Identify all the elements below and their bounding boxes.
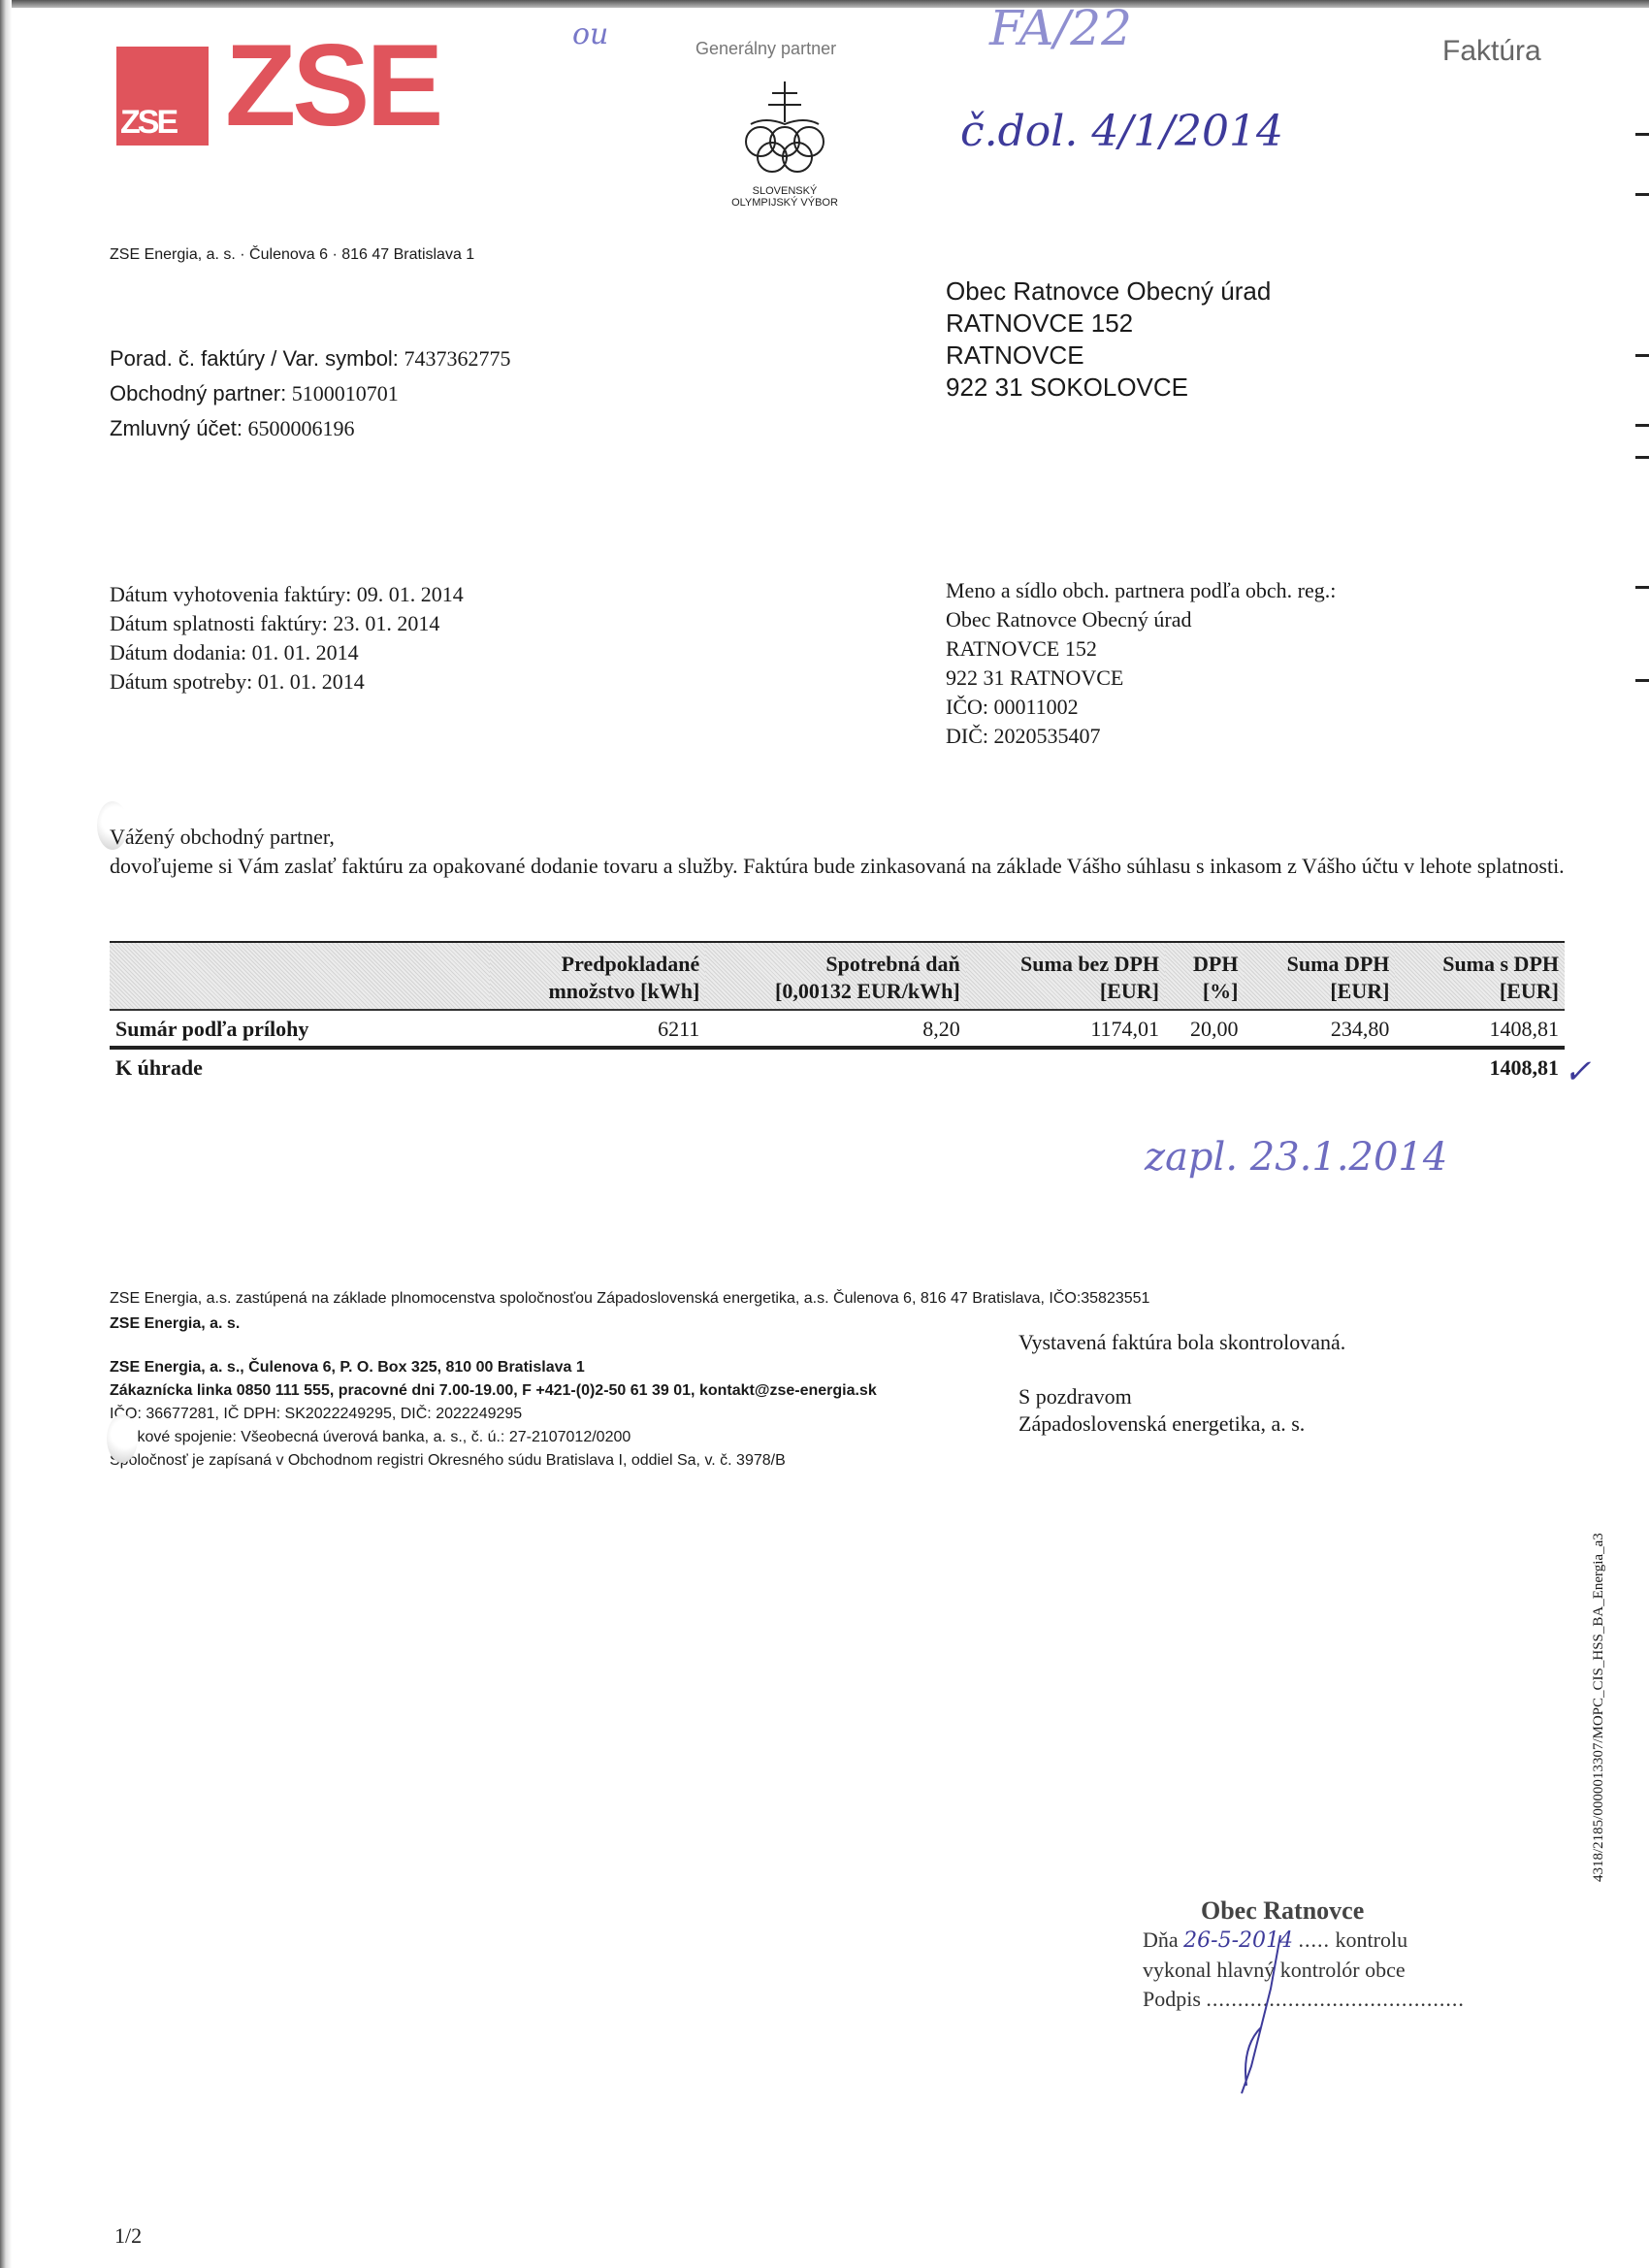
address-line: RATNOVCE	[946, 340, 1271, 372]
registered-partner-line: 922 31 RATNOVCE	[946, 664, 1336, 693]
scan-edge-top	[0, 0, 1649, 8]
checked-statement: Vystavená faktúra bola skontrolovaná.	[1018, 1329, 1345, 1356]
handwritten-reference: FA/22	[989, 0, 1132, 56]
footer-contact: ZSE Energia, a. s., Čulenova 6, P. O. Bo…	[110, 1356, 877, 1473]
invoice-summary-table: Predpokladanémnožstvo [kWh] Spotrebná da…	[110, 941, 1565, 1085]
registered-partner-line: DIČ: 2020535407	[946, 722, 1336, 751]
table-header-row: Predpokladanémnožstvo [kWh] Spotrebná da…	[110, 942, 1565, 1010]
legal-name: ZSE Energia, a. s.	[110, 1312, 1149, 1337]
logo-mark-text: ZSE	[120, 104, 176, 142]
column-header-excise: Spotrebná daň[0,00132 EUR/kWh]	[705, 942, 965, 1010]
column-header-sum-with-vat: Suma s DPH[EUR]	[1395, 942, 1565, 1010]
contact-address: ZSE Energia, a. s., Čulenova 6, P. O. Bo…	[110, 1356, 877, 1379]
stamp-after-date: kontrolu	[1336, 1928, 1408, 1952]
stamp-sign-label: Podpis	[1143, 1987, 1201, 2011]
regards: S pozdravom	[1018, 1383, 1345, 1410]
page-number: 1/2	[114, 2223, 142, 2249]
column-header	[110, 942, 490, 1010]
handwritten-check: ✓	[1564, 1053, 1592, 1091]
partner-number-label: Obchodný partner:	[110, 381, 286, 405]
contact-hotline: Zákaznícka linka 0850 111 555, pracovné …	[110, 1379, 877, 1403]
address-line: Obec Ratnovce Obecný úrad	[946, 275, 1271, 308]
registered-partner-line: RATNOVCE 152	[946, 634, 1336, 664]
handwritten-received-date: č.dol. 4/1/2014	[960, 107, 1283, 156]
cell-sum-with-vat: 1408,81	[1395, 1010, 1565, 1048]
column-header-vat-sum: Suma DPH[EUR]	[1244, 942, 1395, 1010]
delivery-date: Dátum dodania: 01. 01. 2014	[110, 638, 464, 667]
handwritten-mark: ou	[572, 17, 608, 51]
margin-mark	[1635, 586, 1649, 589]
control-stamp: Obec Ratnovce Dňa 26-5-2014 ..... kontro…	[1143, 1896, 1465, 2014]
recipient-address: Obec Ratnovce Obecný úrad RATNOVCE 152 R…	[946, 275, 1271, 404]
registered-partner-heading: Meno a sídlo obch. partnera podľa obch. …	[946, 576, 1336, 605]
stamp-title: Obec Ratnovce	[1143, 1896, 1465, 1926]
document-title: Faktúra	[1442, 35, 1541, 68]
partner-number-value: 5100010701	[292, 381, 399, 405]
table-row: Sumár podľa prílohy 6211 8,20 1174,01 20…	[110, 1010, 1565, 1048]
olympic-committee-name: SLOVENSKÝ OLYMPIJSKÝ VÝBOR	[731, 186, 838, 209]
footer-legal: ZSE Energia, a.s. zastúpená na základe p…	[110, 1286, 1149, 1337]
margin-mark	[1635, 424, 1649, 427]
total-row: K úhrade 1408,81	[110, 1048, 1565, 1085]
registered-partner: Meno a sídlo obch. partnera podľa obch. …	[946, 576, 1336, 751]
greeting: Vážený obchodný partner, dovoľujeme si V…	[110, 823, 1565, 881]
cell-quantity: 6211	[490, 1010, 705, 1048]
invoice-number-value: 7437362775	[404, 346, 510, 371]
scan-edge-left	[0, 0, 12, 2268]
contract-number-value: 6500006196	[247, 416, 354, 440]
greeting-body: dovoľujeme si Vám zaslať faktúru za opak…	[110, 852, 1565, 881]
stamp-date-label: Dňa	[1143, 1928, 1179, 1952]
contact-register: Spoločnosť je zapísaná v Obchodnom regis…	[110, 1449, 877, 1473]
salutation: Vážený obchodný partner,	[110, 823, 1565, 852]
consumption-date: Dátum spotreby: 01. 01. 2014	[110, 667, 464, 697]
closing: Vystavená faktúra bola skontrolovaná. S …	[1018, 1329, 1345, 1438]
column-header-quantity: Predpokladanémnožstvo [kWh]	[490, 942, 705, 1010]
signature-company: Západoslovenská energetika, a. s.	[1018, 1410, 1345, 1438]
total-label: K úhrade	[110, 1048, 490, 1085]
registered-partner-line: Obec Ratnovce Obecný úrad	[946, 605, 1336, 634]
zse-logo-mark: ZSE	[116, 47, 209, 146]
registered-partner-line: IČO: 00011002	[946, 693, 1336, 722]
cell-sum-without-vat: 1174,01	[966, 1010, 1165, 1048]
margin-mark	[1635, 679, 1649, 682]
punch-hole	[107, 1414, 138, 1463]
column-header-sum-without-vat: Suma bez DPH[EUR]	[966, 942, 1165, 1010]
general-partner-label: Generálny partner	[695, 39, 836, 59]
contact-ids: IČO: 36677281, IČ DPH: SK2022249295, DIČ…	[110, 1403, 877, 1426]
invoice-dates: Dátum vyhotovenia faktúry: 09. 01. 2014 …	[110, 580, 464, 697]
legal-representation: ZSE Energia, a.s. zastúpená na základe p…	[110, 1286, 1149, 1312]
contact-bank: Bankové spojenie: Všeobecná úverová bank…	[110, 1426, 877, 1449]
total-value: 1408,81	[1395, 1048, 1565, 1085]
stamp-date-line: Dňa 26-5-2014 ..... kontrolu	[1143, 1926, 1465, 1956]
invoice-number-label: Porad. č. faktúry / Var. symbol:	[110, 346, 399, 371]
row-label: Sumár podľa prílohy	[110, 1010, 490, 1048]
sender-address-line: ZSE Energia, a. s. · Čulenova 6 · 816 47…	[110, 246, 474, 264]
stamp-line2: vykonal hlavný kontrolór obce	[1143, 1956, 1465, 1985]
partner-number-row: Obchodný partner: 5100010701	[110, 376, 510, 411]
margin-mark	[1635, 133, 1649, 136]
column-header-vat-percent: DPH[%]	[1165, 942, 1244, 1010]
margin-mark	[1635, 456, 1649, 459]
margin-mark	[1635, 354, 1649, 357]
stamp-sign-line: Podpis .................................…	[1143, 1985, 1465, 2014]
handwritten-paid-date: zapl. 23.1.2014	[1145, 1135, 1447, 1180]
invoice-number-row: Porad. č. faktúry / Var. symbol: 7437362…	[110, 341, 510, 376]
cell-vat-sum: 234,80	[1244, 1010, 1395, 1048]
document-code: 4318/2185/0000013307/MOPC_CIS_HSS_BA_Ene…	[1591, 1494, 1607, 1882]
address-line: RATNOVCE 152	[946, 308, 1271, 340]
issue-date: Dátum vyhotovenia faktúry: 09. 01. 2014	[110, 580, 464, 609]
contract-number-row: Zmluvný účet: 6500006196	[110, 411, 510, 446]
address-line: 922 31 SOKOLOVCE	[946, 372, 1271, 404]
zse-logo-text: ZSE	[225, 27, 439, 144]
signature-scribble-icon	[1232, 1930, 1290, 2095]
due-date: Dátum splatnosti faktúry: 23. 01. 2014	[110, 609, 464, 638]
invoice-identifiers: Porad. č. faktúry / Var. symbol: 7437362…	[110, 341, 510, 446]
cell-vat-percent: 20,00	[1165, 1010, 1244, 1048]
contract-number-label: Zmluvný účet:	[110, 416, 242, 440]
cell-excise: 8,20	[705, 1010, 965, 1048]
margin-mark	[1635, 193, 1649, 196]
